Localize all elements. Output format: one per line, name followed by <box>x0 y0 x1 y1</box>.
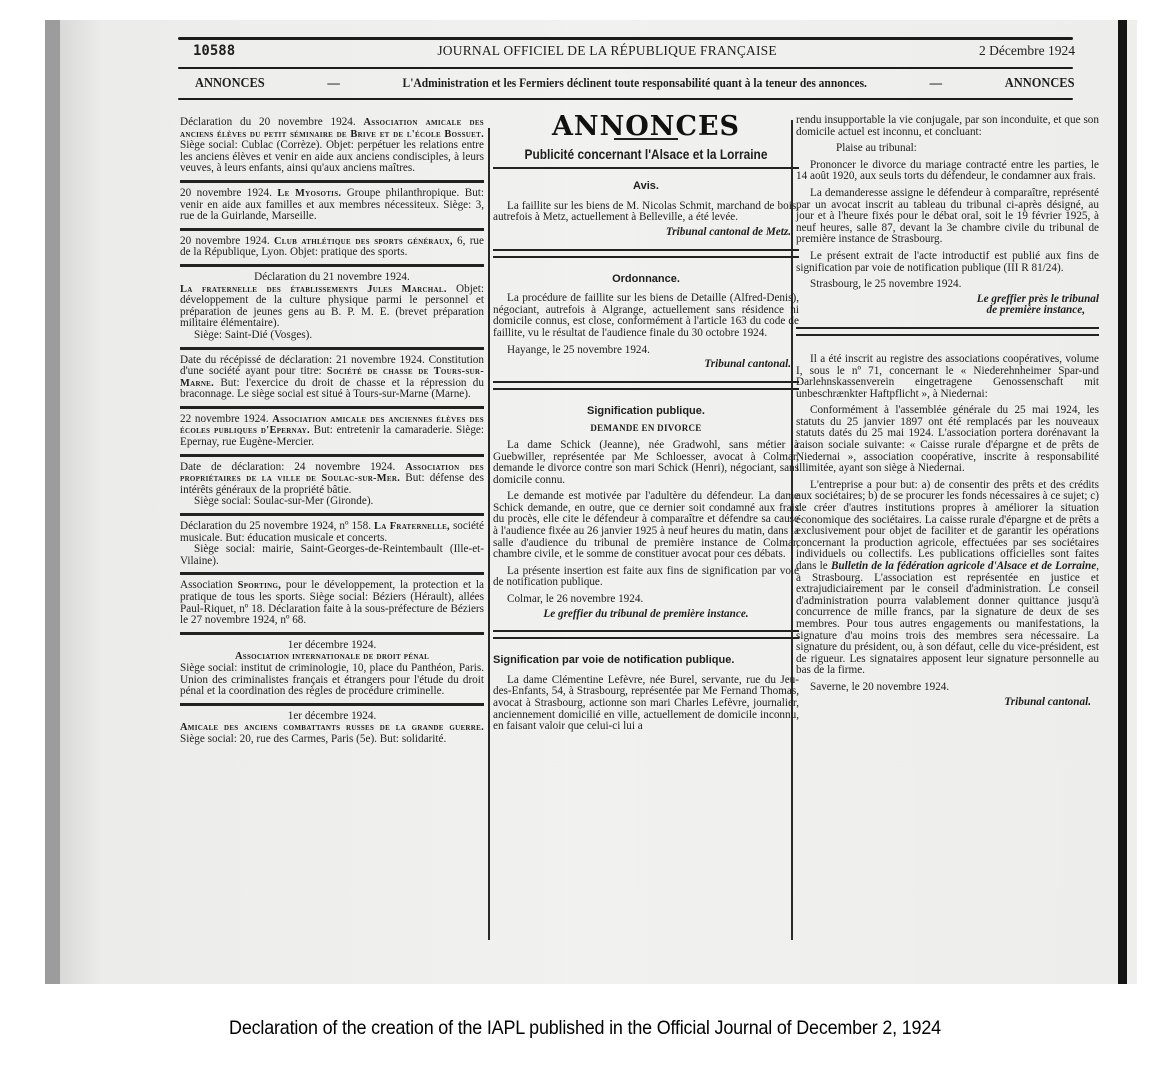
cooperative-paragraph: Il a été inscrit au registre des associa… <box>796 354 1099 400</box>
entry-lead: 22 novembre 1924. <box>180 413 272 425</box>
association-entry: Date du récépissé de déclaration: 21 nov… <box>180 353 484 409</box>
entry-body: Déclaration du 25 novembre 1924, nº 158.… <box>180 521 484 544</box>
signification-title: Signification publique. <box>493 406 799 418</box>
journal-title: JOURNAL OFFICIEL DE LA RÉPUBLIQUE FRANÇA… <box>437 43 777 59</box>
signification-paragraph: Le demande est motivée par l'adultère du… <box>493 491 799 561</box>
header-rule-bottom <box>178 98 1073 100</box>
signification-place-date: Colmar, le 26 novembre 1924. <box>493 594 799 606</box>
association-entry: 20 novembre 1924. Le Myosotis. Groupe ph… <box>180 186 484 231</box>
signification-paragraph: La présente insertion est faite aux fins… <box>493 566 799 589</box>
entry-association-name: Sporting, <box>238 580 282 591</box>
entry-lead: 20 novembre 1924. <box>180 187 277 199</box>
ordonnance-signature: Tribunal cantonal. <box>493 359 799 371</box>
association-entry: 20 novembre 1924. Club athlétique des sp… <box>180 234 484 267</box>
double-divider <box>796 327 1099 336</box>
entry-date-heading: Déclaration du 21 novembre 1924. <box>180 272 484 284</box>
association-entry: Déclaration du 25 novembre 1924, nº 158.… <box>180 519 484 575</box>
section-label-left: ANNONCES <box>195 75 265 91</box>
header-rule-top <box>178 37 1073 40</box>
page-number: 10588 <box>193 43 235 59</box>
double-divider <box>493 630 799 639</box>
entry-text: Siège social: institut de criminologie, … <box>180 662 484 697</box>
entry-body: 20 novembre 1924. Club athlétique des sp… <box>180 236 484 259</box>
notification-title: Signification par voie de notification p… <box>493 655 799 667</box>
entry-lead: Déclaration du 20 novembre 1924. <box>180 116 363 128</box>
plaise-au-tribunal: Plaise au tribunal: <box>796 143 1099 155</box>
header-rule-middle <box>178 67 1073 69</box>
cooperative-paragraph: Conformément à l'assemblée générale du 2… <box>796 405 1099 475</box>
entry-body: Date de déclaration: 24 novembre 1924. A… <box>180 462 484 497</box>
avis-title: Avis. <box>493 181 799 193</box>
column-alsace-lorraine: ANNONCES Publicité concernant l'Alsace e… <box>493 115 799 733</box>
divorce-paragraph: La demanderesse assigne le défendeur à c… <box>796 188 1099 246</box>
section-banner: ANNONCES — L'Administration et les Fermi… <box>195 73 1075 93</box>
double-divider <box>493 249 799 258</box>
entry-body: 22 novembre 1924. Association amicale de… <box>180 414 484 449</box>
entry-body: Déclaration du 20 novembre 1924. Associa… <box>180 117 484 175</box>
entry-body: Siège social: institut de criminologie, … <box>180 663 484 698</box>
cooperative-purpose: L'entreprise a pour but: a) de consentir… <box>796 480 1099 677</box>
avis-signature: Tribunal cantonal de Metz. <box>493 227 799 239</box>
ordonnance-place-date: Hayange, le 25 novembre 1924. <box>493 345 799 357</box>
entry-body: Association Sporting, pour le développem… <box>180 580 484 626</box>
figure-caption: Declaration of the creation of the IAPL … <box>47 1017 1123 1040</box>
entry-body: Date du récépissé de déclaration: 21 nov… <box>180 355 484 401</box>
notification-body: La dame Clémentine Lefèvre, née Burel, s… <box>493 675 799 733</box>
column-divider-1 <box>488 128 490 940</box>
entry-date-heading: 1er décembre 1924. <box>180 711 484 723</box>
ordonnance-body: La procédure de faillite sur les biens d… <box>493 293 799 339</box>
ordonnance-title: Ordonnance. <box>493 274 799 286</box>
annonces-title: ANNONCES <box>493 121 799 133</box>
saverne-place-date: Saverne, le 20 novembre 1924. <box>796 682 1099 694</box>
signification-paragraph: La dame Schick (Jeanne), née Gradwohl, s… <box>493 440 799 486</box>
divider <box>493 167 799 169</box>
divorce-paragraph: Prononcer le divorce du mariage contract… <box>796 160 1099 183</box>
association-entry: Date de déclaration: 24 novembre 1924. A… <box>180 460 484 516</box>
signification-subtitle: DEMANDE EN DIVORCE <box>493 423 799 435</box>
entry-lead: Date de déclaration: 24 novembre 1924. <box>180 461 405 473</box>
entry-body: La fraternelle des établissements Jules … <box>180 284 484 330</box>
section-label-right: ANNONCES <box>1005 75 1075 91</box>
divorce-paragraph: Le présent extrait de l'acte introductif… <box>796 251 1099 274</box>
column-strasbourg: rendu insupportable la vie conjugale, pa… <box>796 115 1099 708</box>
column-associations: Déclaration du 20 novembre 1924. Associa… <box>180 115 484 754</box>
association-entry: 1er décembre 1924.Association internatio… <box>180 638 484 706</box>
entry-lead: Association <box>180 579 238 591</box>
association-entry: Déclaration du 20 novembre 1924. Associa… <box>180 115 484 183</box>
entry-seat: Siège: Saint-Dié (Vosges). <box>180 330 484 342</box>
newspaper-scan: 10588 JOURNAL OFFICIEL DE LA RÉPUBLIQUE … <box>45 20 1137 984</box>
strasbourg-place-date: Strasbourg, le 25 novembre 1924. <box>796 279 1099 291</box>
strasbourg-signature-line2: de première instance, <box>796 305 1099 317</box>
purpose-text: L'entreprise a pour but: a) de consentir… <box>796 479 1099 572</box>
entry-seat: Siège social: mairie, Saint-Georges-de-R… <box>180 544 484 567</box>
entry-seat: Siège social: Soulac-sur-Mer (Gironde). <box>180 496 484 508</box>
entry-association-name: Club athlétique des sports généraux, <box>274 236 453 247</box>
association-entry: Association Sporting, pour le développem… <box>180 578 484 634</box>
entry-lead: Déclaration du 25 novembre 1924, nº 158. <box>180 520 374 532</box>
entry-association-name: Le Myosotis. <box>277 188 341 199</box>
association-entry: 1er décembre 1924.Amicale des anciens co… <box>180 709 484 751</box>
continuation-text: rendu insupportable la vie conjugale, pa… <box>796 115 1099 138</box>
association-entry: Déclaration du 21 novembre 1924.La frate… <box>180 270 484 350</box>
entry-text: Siège social: Cublac (Corrèze). Objet: p… <box>180 139 484 174</box>
avis-body: La faillite sur les biens de M. Nicolas … <box>493 201 799 224</box>
entry-text: Siège social: 20, rue des Carmes, Paris … <box>180 733 446 745</box>
entry-body: 20 novembre 1924. Le Myosotis. Groupe ph… <box>180 188 484 223</box>
signification-signature: Le greffier du tribunal de première inst… <box>493 609 799 621</box>
issue-date: 2 Décembre 1924 <box>979 43 1075 59</box>
entry-association-name: La fraternelle des établissements Jules … <box>180 284 447 295</box>
entry-association-name: La Fraternelle, <box>374 521 450 532</box>
entry-association-name: Amicale des anciens combattants russes d… <box>180 722 484 733</box>
double-divider <box>493 381 799 390</box>
saverne-signature: Tribunal cantonal. <box>796 697 1099 709</box>
dash: — <box>327 75 339 91</box>
association-entry: 22 novembre 1924. Association amicale de… <box>180 412 484 457</box>
page-header: 10588 JOURNAL OFFICIEL DE LA RÉPUBLIQUE … <box>193 42 1075 60</box>
bulletin-title: Bulletin de la fédération agricole d'Als… <box>831 560 1096 572</box>
entry-date-heading: 1er décembre 1924. <box>180 640 484 652</box>
annonces-subtitle: Publicité concernant l'Alsace et la Lorr… <box>516 149 776 161</box>
entry-body: Amicale des anciens combattants russes d… <box>180 722 484 745</box>
entry-text: But: l'exercice du droit de chasse et la… <box>180 377 484 401</box>
entry-lead: 20 novembre 1924. <box>180 235 274 247</box>
purpose-text: , à Strasbourg. L'association est représ… <box>796 560 1099 676</box>
dash: — <box>930 75 942 91</box>
disclaimer: L'Administration et les Fermiers décline… <box>403 76 867 91</box>
newspaper-page: 10588 JOURNAL OFFICIEL DE LA RÉPUBLIQUE … <box>60 20 1118 984</box>
